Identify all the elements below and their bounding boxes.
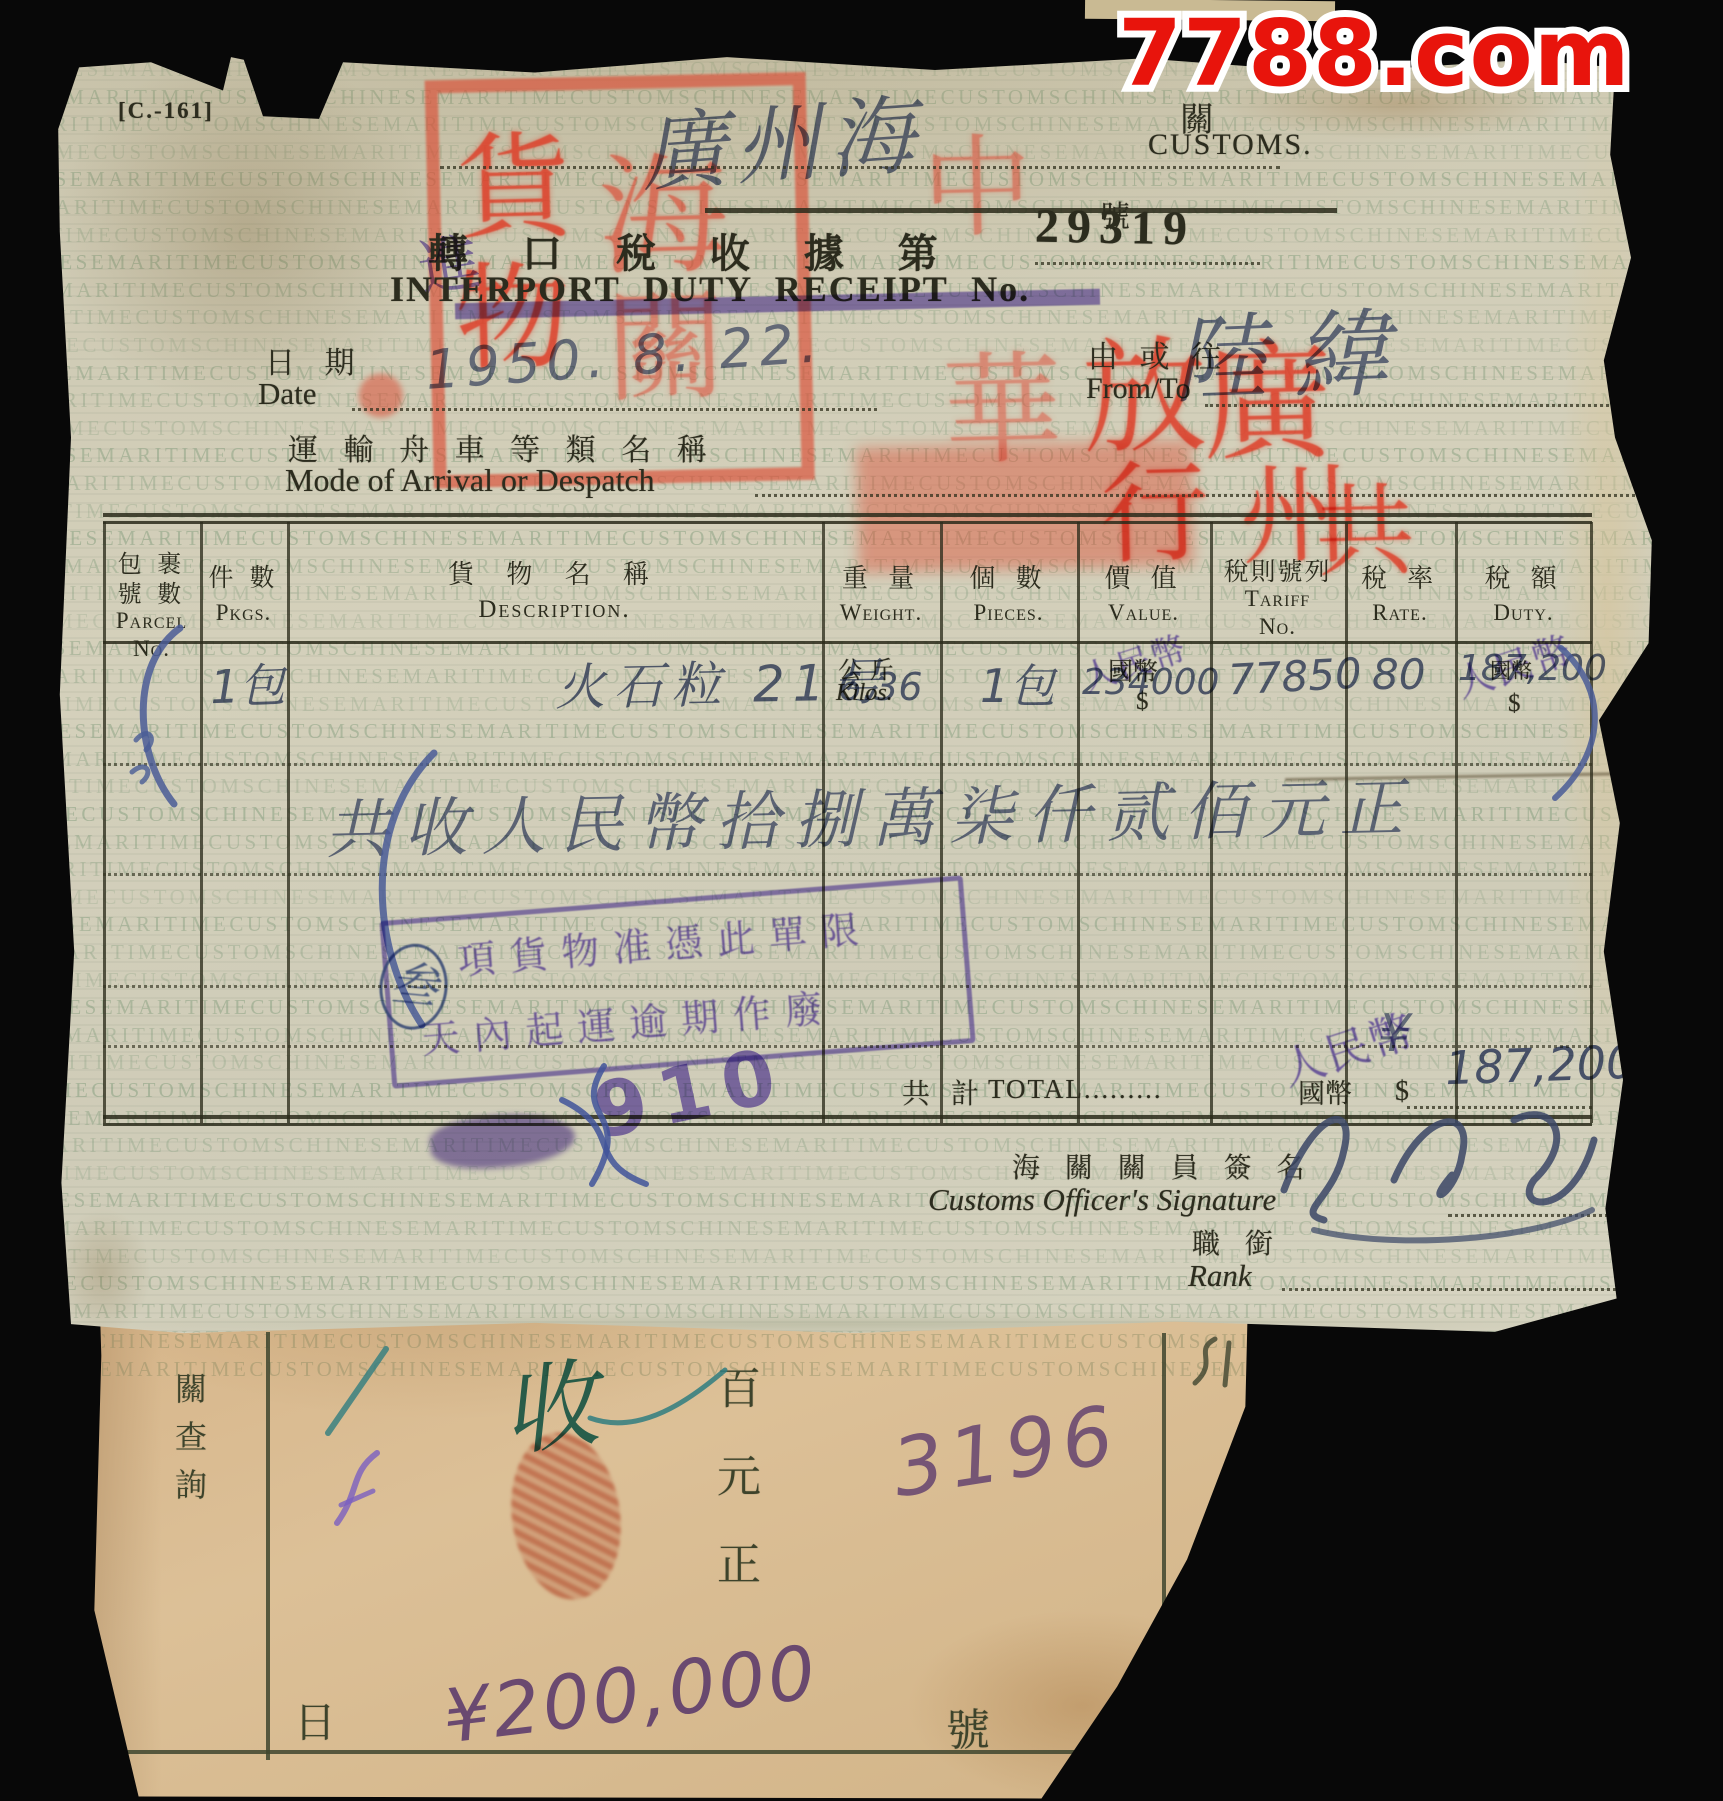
purple-check-marks (325, 1443, 395, 1543)
col-header-description-cn: 貨 物 名 稱 (287, 554, 822, 591)
officer-signature-handwriting (1270, 1078, 1610, 1248)
total-label-en: TOTAL......... (988, 1074, 1163, 1105)
customs-label-en: CUSTOMS. (1148, 128, 1313, 162)
release-stamp-line1: 項貨物准憑此單限 (455, 898, 874, 985)
col-header-rate-en: Rate. (1345, 600, 1455, 626)
mode-dotted-line (755, 494, 1635, 497)
mode-label-en: Mode of Arrival or Despatch (285, 462, 655, 499)
col-header-pkgs-cn: 件 數 (200, 558, 287, 594)
scanned-photo: CHINESEMARITIMECUSTOMSCHINESEMARITIMECUS… (0, 0, 1723, 1801)
torn-edge-partial-character (1185, 1335, 1245, 1395)
col-header-duty-en: Duty. (1455, 600, 1592, 626)
date-dotted-line (352, 408, 877, 411)
duty-currency-symbol: $ (1508, 690, 1521, 718)
col-header-value-en: Value. (1077, 600, 1210, 626)
port-name-handwriting: 廣州海 (636, 65, 926, 208)
slip-frame-vline-right (1162, 1333, 1166, 1754)
col-header-parcel-cn2: 號 數 (103, 574, 200, 609)
logo-text: 7788.com (1118, 0, 1631, 107)
slip-inquiry-label: 關查詢 (166, 1372, 212, 1516)
marketplace-watermark-logo: 7788.com 7788.com (1118, 0, 1723, 112)
slip-number-label: 號 (946, 1694, 990, 1758)
slip-day-label: 日 (294, 1690, 336, 1750)
duty-column-brace-handwriting (1545, 640, 1625, 810)
date-label-en: Date (258, 376, 317, 412)
col-header-rate-cn: 稅 率 (1345, 558, 1455, 595)
col-header-pieces-cn: 個 數 (940, 558, 1077, 595)
col-header-duty-cn: 稅 額 (1455, 558, 1592, 595)
total-label-cn: 共 計 (902, 1072, 985, 1112)
amount-in-words-handwriting: 共收人民幣拾捌萬柒仟贰佰元正 (324, 757, 1418, 872)
slip-frame-hline-bottom (112, 1750, 1166, 1754)
rank-dotted-line (1282, 1288, 1682, 1291)
col-header-pkgs-en: Pkgs. (200, 600, 287, 626)
col-header-description-en: Description. (287, 596, 822, 624)
row1-rate: 80 (1372, 650, 1425, 699)
row1-weight: 6.36 (838, 665, 923, 709)
blue-pen-scribble (540, 1058, 690, 1198)
table-top-rule-1 (103, 513, 1592, 517)
interport-duty-receipt-document: CHINESEMARITIMECUSTOMSCHINESEMARITIMECUS… (55, 52, 1655, 1337)
rank-label-en: Rank (1188, 1258, 1252, 1294)
signature-label-en: Customs Officer's Signature (928, 1182, 1276, 1218)
receipt-number-dotted-line (1035, 262, 1260, 265)
row1-value: 234000 (1082, 662, 1219, 703)
teal-slash-mark (320, 1343, 400, 1443)
fromto-handwriting: 陸緯 (1170, 278, 1417, 422)
received-swoosh-stroke (585, 1358, 735, 1438)
col-header-weight-en: Weight. (822, 600, 940, 626)
col-header-value-cn: 價 值 (1077, 558, 1210, 595)
col-header-pieces-en: Pieces. (940, 600, 1077, 626)
col-header-tariff-en1: Tariff (1210, 586, 1345, 612)
red-seal-dot (358, 373, 403, 418)
port-dotted-line (440, 166, 1280, 169)
slip-number-handwriting: 3196 (886, 1388, 1125, 1515)
row1-pieces: 1包 (980, 650, 1055, 716)
slip-frame-vline-left (266, 1332, 270, 1760)
total-yen-handwriting: ¥ (1378, 1004, 1411, 1064)
slip-amount-handwriting: ¥200,000 (438, 1629, 823, 1760)
col-header-weight-cn: 重 量 (822, 558, 940, 595)
row1-pkgs: 1包 (209, 649, 287, 718)
header-solid-line (705, 208, 1337, 213)
form-code: [C.-161] (118, 98, 214, 124)
table-row-dotted (103, 873, 1592, 876)
receipt-number: 29319 (1035, 199, 1196, 257)
col-header-tariff-cn: 稅則號列 (1210, 552, 1345, 588)
col-header-tariff-en2: No. (1210, 614, 1345, 640)
row1-tariff: 77850 (1227, 649, 1363, 705)
table-top-rule-2 (103, 521, 1592, 524)
signature-label-cn: 海 關 關 員 簽 名 (1012, 1146, 1313, 1186)
parcel-column-brace-handwriting (118, 622, 208, 812)
red-seal-character: 華 (940, 313, 1064, 488)
rank-label-cn: 職 銜 (1192, 1222, 1281, 1262)
